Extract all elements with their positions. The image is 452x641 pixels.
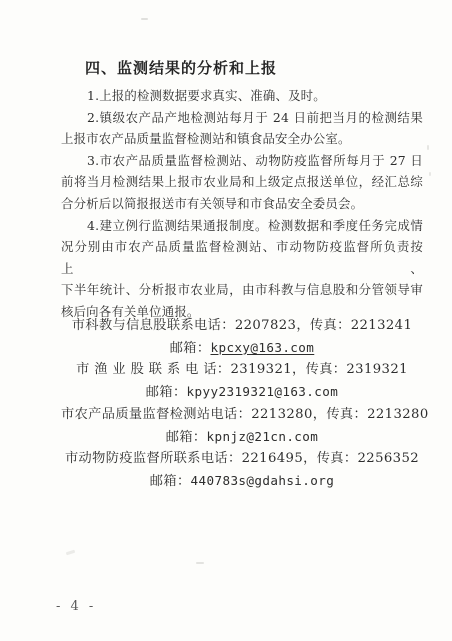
email-label: 邮箱： bbox=[166, 430, 207, 445]
scan-speck bbox=[196, 562, 204, 564]
email-label: 邮箱： bbox=[146, 385, 187, 400]
email-label: 邮箱： bbox=[170, 341, 211, 356]
page-number: - 4 - bbox=[56, 599, 96, 614]
scanned-document-page: 四、监测结果的分析和上报 1.上报的检测数据要求真实、准确、及时。 2.镇级农产… bbox=[0, 0, 452, 641]
scan-speck bbox=[141, 18, 148, 20]
paragraph-line: 3.市农产品质量监督检测站、动物防疫监督所每月于 27 日 bbox=[61, 150, 423, 172]
scan-speck bbox=[427, 145, 429, 150]
contact-email-line-fangyi: 邮箱：440783s@gdahsi.org bbox=[61, 470, 423, 493]
contact-email-line-jianceszhan: 邮箱：kpnjz@21cn.com bbox=[61, 426, 423, 449]
contact-block: 市科教与信息股联系电话：2207823，传真：2213241 邮箱：kpcxy@… bbox=[61, 315, 423, 493]
scan-speck bbox=[66, 550, 75, 556]
paragraph-4: 4.建立例行监测结果通报制度。检测数据和季度任务完成情 况分别由市农产品质量监督… bbox=[61, 215, 423, 323]
section-heading: 四、监测结果的分析和上报 bbox=[61, 58, 423, 78]
paragraph-line: 前将当月检测结果上报市农业局和上级定点报送单位，经汇总综 bbox=[61, 171, 423, 193]
paragraph-line: 下半年统计、分析报市农业局，由市科教与信息股和分管领导审 bbox=[61, 279, 423, 301]
email-label: 邮箱： bbox=[150, 474, 191, 489]
scan-speck bbox=[429, 172, 431, 176]
paragraph-2: 2.镇级农产品产地检测站每月于 24 日前把当月的检测结果 上报市农产品质量监督… bbox=[61, 107, 423, 150]
paragraph-3: 3.市农产品质量监督检测站、动物防疫监督所每月于 27 日 前将当月检测结果上报… bbox=[61, 150, 423, 215]
contact-email-line-keji: 邮箱：kpcxy@163.com bbox=[61, 337, 423, 360]
contact-email-line-yuye: 邮箱：kpyy2319321@163.com bbox=[61, 381, 423, 404]
email-address-fangyi: 440783s@gdahsi.org bbox=[191, 473, 335, 488]
contact-phone-yuye: 市 渔 业 股 联 系 电 话：2319321，传真：2319321 bbox=[61, 359, 423, 381]
document-body: 四、监测结果的分析和上报 1.上报的检测数据要求真实、准确、及时。 2.镇级农产… bbox=[61, 58, 423, 323]
contact-phone-keji: 市科教与信息股联系电话：2207823，传真：2213241 bbox=[61, 315, 423, 337]
contact-phone-fangyi: 市动物防疫监督所联系电话：2216495，传真：2256352 bbox=[61, 448, 423, 470]
email-address-yuye: kpyy2319321@163.com bbox=[187, 384, 339, 399]
paragraph-line: 上报市农产品质量监督检测站和镇食品安全办公室。 bbox=[61, 128, 423, 150]
paragraph-1: 1.上报的检测数据要求真实、准确、及时。 bbox=[61, 85, 423, 107]
paragraph-line: 况分别由市农产品质量监督检测站、市动物防疫监督所负责按上、 bbox=[61, 236, 423, 279]
email-address-keji: kpcxy@163.com bbox=[210, 340, 314, 355]
paragraph-line: 2.镇级农产品产地检测站每月于 24 日前把当月的检测结果 bbox=[61, 107, 423, 129]
paragraph-line: 1.上报的检测数据要求真实、准确、及时。 bbox=[61, 85, 423, 107]
paragraph-line: 4.建立例行监测结果通报制度。检测数据和季度任务完成情 bbox=[61, 215, 423, 237]
contact-phone-jianceszhan: 市农产品质量监督检测站电话：2213280，传真：2213280 bbox=[61, 404, 423, 426]
email-address-jianceszhan: kpnjz@21cn.com bbox=[207, 429, 319, 444]
paragraph-line: 合分析后以简报报送市有关领导和市食品安全委员会。 bbox=[61, 193, 423, 215]
